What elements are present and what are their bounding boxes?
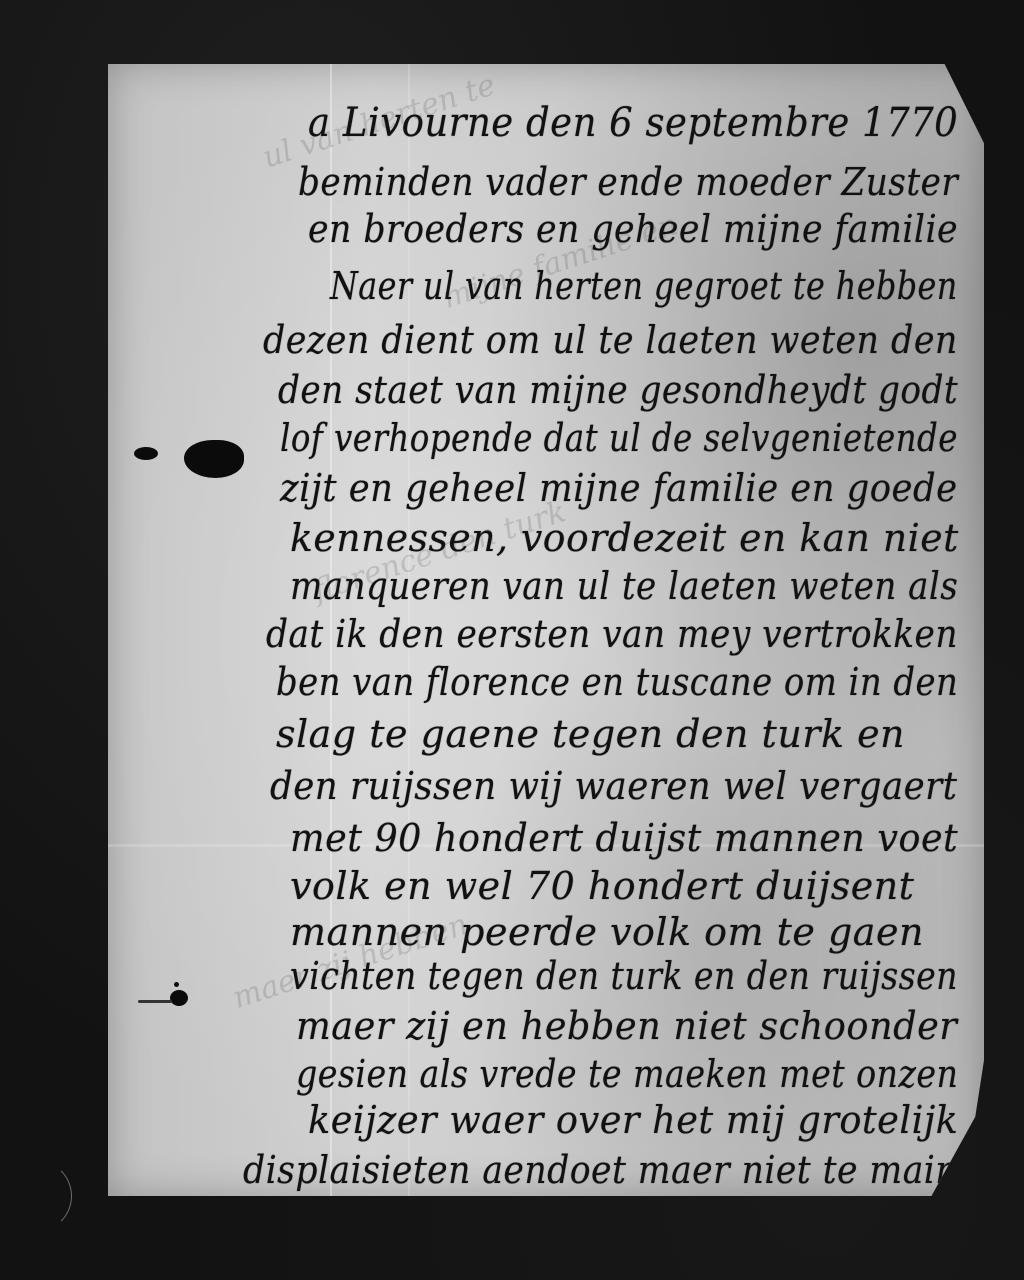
- ink-blot: [184, 440, 244, 478]
- letter-line: Naer ul van herten gegroet te hebben: [330, 264, 958, 308]
- letter-line: manqueren van ul te laeten weten als: [290, 564, 958, 608]
- letter-line-salutation: en broeders en geheel mijne familie: [308, 207, 958, 251]
- letter-line: met 90 hondert duijst mannen voet: [290, 816, 958, 860]
- letter-line: displaisieten aendoet maer niet te main: [243, 1148, 958, 1192]
- letter-line: den staet van mijne gesondheydt godt: [278, 368, 958, 412]
- ink-blot: [134, 447, 158, 460]
- letter-line: ben van florence en tuscane om in den: [276, 660, 958, 704]
- background-scratch: [0, 1160, 72, 1232]
- letter-line: volk en wel 70 hondert duijsent: [290, 864, 914, 908]
- letter-line: dezen dient om ul te laeten weten den: [263, 318, 958, 362]
- letter-paper: ul van herten te mijne familie en floren…: [108, 64, 984, 1196]
- letter-line: slag te gaene tegen den turk en: [276, 712, 905, 756]
- ink-mark: [138, 1000, 172, 1003]
- letter-line-salutation: beminden vader ende moeder Zuster: [298, 160, 958, 204]
- letter-line: mannen peerde volk om te gaen: [290, 910, 924, 954]
- letter-line: vichten tegen den turk en den ruijssen: [290, 954, 958, 998]
- letter-line: gesien als vrede te maeken met onzen: [296, 1052, 958, 1096]
- ink-blot: [170, 990, 188, 1006]
- letter-line: zijt en geheel mijne familie en goede: [280, 466, 957, 510]
- letter-line: dat ik den eersten van mey vertrokken: [266, 612, 958, 656]
- letter-line: kennessen, voordezeit en kan niet: [290, 516, 959, 560]
- letter-line: lof verhopende dat ul de selvgenietende: [280, 416, 958, 460]
- letter-line: den ruijssen wij waeren wel vergaert: [270, 764, 957, 808]
- letter-line: keijzer waer over het mij grotelijk: [308, 1098, 958, 1142]
- letter-line: maer zij en hebben niet schoonder: [296, 1004, 957, 1048]
- ink-dot: [174, 982, 179, 987]
- letter-line-date: a Livourne den 6 septembre 1770: [308, 100, 958, 146]
